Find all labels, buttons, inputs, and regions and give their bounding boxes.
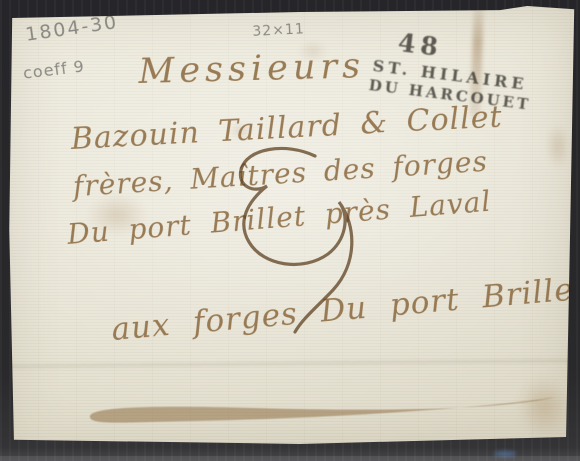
- letter-photo: 1804-30 coeff 9 32×11 48 ST. HILAIRE DU …: [0, 0, 580, 461]
- underline-flourish: [90, 397, 557, 423]
- letter-paper: 1804-30 coeff 9 32×11 48 ST. HILAIRE DU …: [0, 0, 580, 461]
- background-floor-strip: [0, 456, 580, 461]
- address-salutation: Messieurs: [138, 46, 366, 92]
- address-destination-line: aux forges Du port Brillet: [110, 270, 580, 347]
- paper-stain: [546, 124, 570, 168]
- paper-stain: [518, 376, 570, 438]
- pencil-size-annotation: 32×11: [252, 21, 305, 40]
- pencil-date-annotation: 1804-30: [24, 11, 120, 46]
- fold-crease: [0, 359, 580, 368]
- pencil-coeff-annotation: coeff 9: [22, 56, 86, 82]
- postmark-department-number: 48: [396, 28, 444, 62]
